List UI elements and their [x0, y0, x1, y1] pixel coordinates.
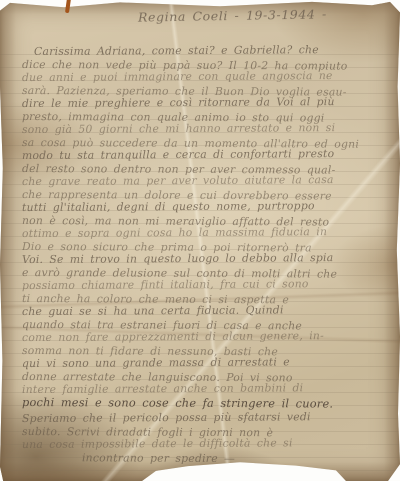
letter-line: sono già 50 giorni che mi hanno arrestat… — [22, 121, 394, 136]
letter-line: qui vi sono una grande massa di arrestat… — [22, 355, 394, 370]
letter-line: Voi. Se mi trovo in questo luogo lo debb… — [22, 251, 394, 266]
letter-line: che grave reato ma per aver voluto aiuta… — [22, 173, 394, 188]
letter-line: modo tu sta tranquilla e cerca di confor… — [22, 147, 394, 162]
letter-line: tutti gl'italiani, degni di questo nome,… — [22, 199, 394, 214]
letter-line: incontrano per spedire — — [22, 451, 394, 466]
letter-line: come non fare apprezzamenti di alcun gen… — [22, 329, 394, 344]
letter-scan: Regina Coeli - 19-3-1944 - Carissima Adr… — [0, 0, 400, 481]
letter-line: possiamo chiamare finti italiani, fra cu… — [22, 277, 394, 292]
letter-line: Carissima Adriana, come stai? e Gabriell… — [22, 43, 394, 58]
letter-line: due anni e puoi immaginare con quale ang… — [22, 69, 394, 84]
letter-line: che guai se si ha una certa fiducia. Qui… — [22, 303, 394, 318]
letter-line: una cosa impossibile date le difficoltà … — [22, 436, 394, 451]
letter-line: ottimo e sopra ogni cosa ho la massima f… — [22, 225, 394, 240]
letter-line: intere famiglie arrestate anche con bamb… — [22, 381, 394, 396]
letter-body: Carissima Adriana, come stai? e Gabriell… — [22, 45, 394, 464]
letter-line: pochi mesi e sono cose che fa stringere … — [22, 396, 394, 411]
letter-line: Speriamo che il pericolo possa più sfata… — [22, 410, 394, 425]
letter-line: dire le mie preghiere e così ritornare d… — [22, 95, 394, 110]
